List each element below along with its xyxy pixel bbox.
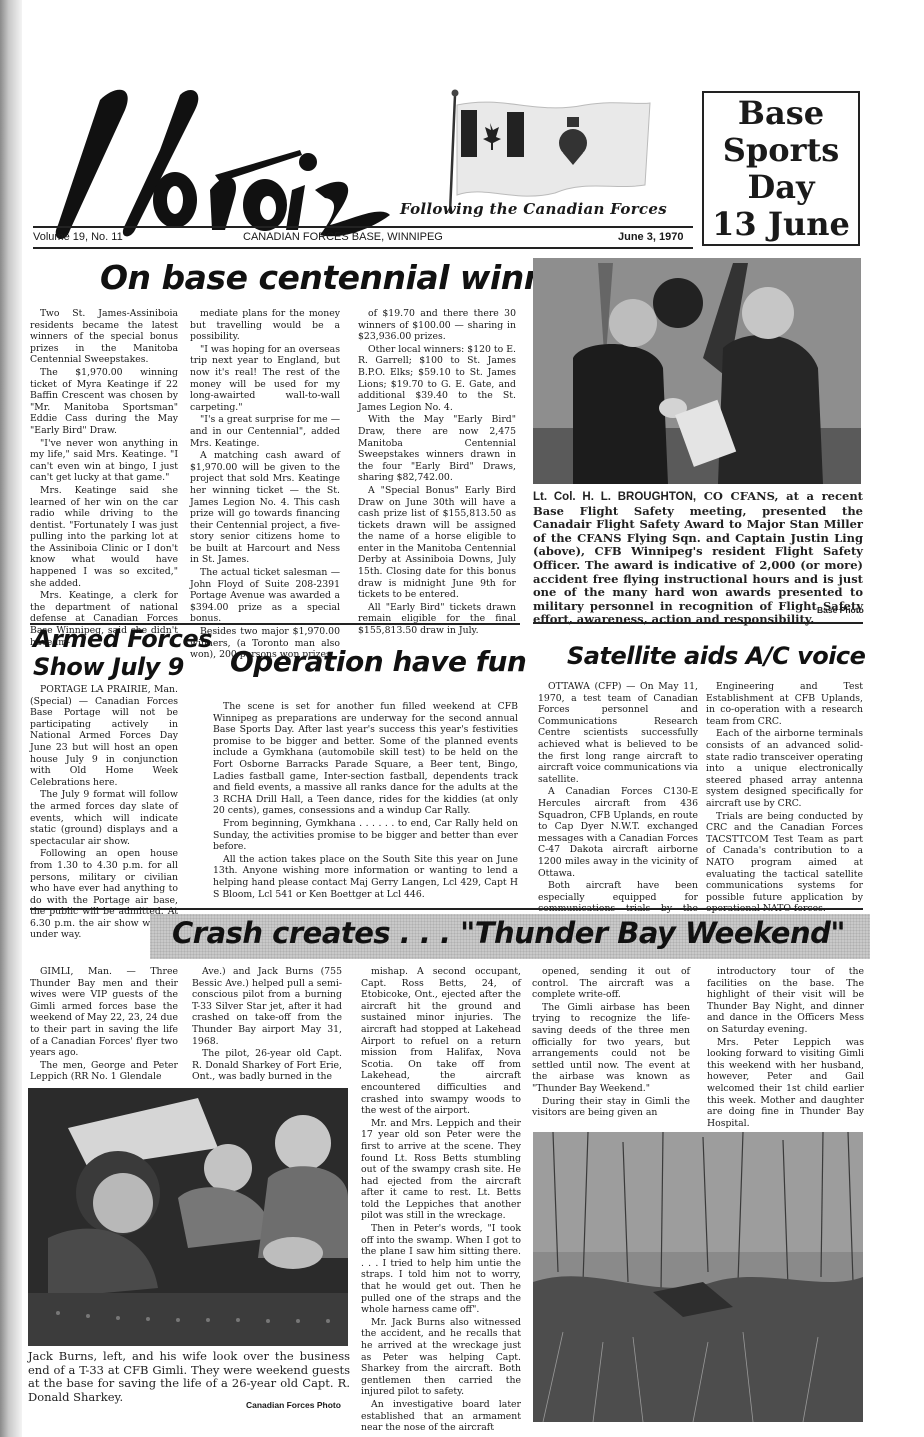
t33-cockpit-photo — [28, 1088, 348, 1346]
masthead-rule-top — [33, 226, 693, 228]
sports-box-line: Sports — [704, 132, 858, 169]
volume-number: Volume 19, No. 11 — [33, 231, 123, 243]
award-photo-caption: Lt. Col. H. L. BROUGHTON, CO CFANS, at a… — [533, 490, 863, 627]
paragraph: Trials are being conducted by CRC and th… — [706, 811, 863, 915]
paragraph: The Gimli airbase has been trying to rec… — [532, 1002, 690, 1095]
paragraph: PORTAGE LA PRAIRIE, Man. (Special) — Can… — [30, 684, 178, 788]
sports-box-line: Base — [704, 95, 858, 132]
paragraph: During their stay in Gimli the visitors … — [532, 1096, 690, 1119]
paragraph: All the action takes place on the South … — [213, 854, 518, 900]
paragraph: "I's a great surprise for me — and in ou… — [190, 414, 340, 449]
paragraph: OTTAWA (CFP) — On May 11, 1970, a test t… — [538, 681, 698, 785]
paragraph: introductory tour of the facilities on t… — [707, 966, 864, 1036]
caption-lead: Lt. Col. H. L. BROUGHTON, — [533, 491, 696, 503]
paragraph: Each of the airborne terminals consists … — [706, 728, 863, 809]
paragraph: All "Early Bird" tickets drawn remain el… — [358, 602, 516, 637]
paragraph: Ave.) and Jack Burns (755 Bessic Ave.) h… — [192, 966, 342, 1047]
centennial-col-2: mediate plans for the money but travelli… — [190, 308, 340, 661]
paragraph: A "Special Bonus" Early Bird Draw on Jun… — [358, 485, 516, 601]
operation-fun-headline: Operation have fun — [230, 645, 526, 678]
paragraph: Mrs. Keatinge said she learned of her wi… — [30, 485, 178, 589]
centennial-col-1: Two St. James-Assiniboia residents becam… — [30, 308, 178, 648]
paragraph: "I was hoping for an overseas trip next … — [190, 344, 340, 414]
paragraph: GIMLI, Man. — Three Thunder Bay men and … — [30, 966, 178, 1059]
sports-box-line: Day — [704, 169, 858, 206]
paragraph: A Canadian Forces C130-E Hercules aircra… — [538, 786, 698, 879]
headline-line: Show July 9 — [33, 653, 212, 681]
masthead-rule-bottom — [33, 247, 693, 249]
paragraph: The July 9 format will follow the armed … — [30, 789, 178, 847]
paragraph: From beginning, Gymkhana . . . . . . to … — [213, 818, 518, 853]
caption-text: CO CFANS, at a recent Base Flight Safety… — [533, 489, 863, 626]
cockpit-photo-caption: Jack Burns, left, and his wife look over… — [28, 1350, 350, 1404]
flight-safety-award-photo — [533, 258, 861, 484]
paragraph: Then in Peter's words, "I took off into … — [361, 1223, 521, 1316]
paragraph: The pilot, 26-year old Capt. R. Donald S… — [192, 1048, 342, 1083]
paragraph: Mrs. Peter Leppich was looking forward t… — [707, 1037, 864, 1130]
paragraph: mediate plans for the money but travelli… — [190, 308, 340, 343]
crash-col-2: Ave.) and Jack Burns (755 Bessic Ave.) h… — [192, 966, 342, 1083]
satellite-col-1: OTTAWA (CFP) — On May 11, 1970, a test t… — [538, 681, 698, 926]
paragraph: With the May "Early Bird" Draw, there ar… — [358, 414, 516, 484]
photo-swamp-wreckage — [533, 1132, 863, 1422]
paragraph: The $1,970.00 winning ticket of Myra Kea… — [30, 367, 178, 437]
crash-col-5: introductory tour of the facilities on t… — [707, 966, 864, 1129]
satellite-headline: Satellite aids A/C voice — [567, 642, 865, 670]
centennial-col-3: of $19.70 and there there 30 winners of … — [358, 308, 516, 637]
crash-headline: Crash creates . . . "Thunder Bay Weekend… — [172, 916, 845, 950]
paragraph: mishap. A second occupant, Capt. Ross Be… — [361, 966, 521, 1117]
paragraph: "I've never won anything in my life," sa… — [30, 438, 178, 484]
paragraph: Two St. James-Assiniboia residents becam… — [30, 308, 178, 366]
paragraph: of $19.70 and there there 30 winners of … — [358, 308, 516, 343]
sports-box-line: 13 June — [704, 206, 858, 243]
paragraph: Engineering and Test Establishment at CF… — [706, 681, 863, 727]
award-photo-credit: Base Photo — [817, 605, 864, 615]
paragraph: The actual ticket salesman — John Floyd … — [190, 567, 340, 625]
crash-col-3: mishap. A second occupant, Capt. Ross Be… — [361, 966, 521, 1434]
paragraph: The men, George and Peter Leppich (RR No… — [30, 1060, 178, 1083]
cockpit-photo-credit: Canadian Forces Photo — [246, 1400, 341, 1410]
paragraph: Mr. Jack Burns also witnessed the accide… — [361, 1317, 521, 1398]
headline-line: Armed Forces — [33, 625, 212, 653]
base-name: CANADIAN FORCES BASE, WINNIPEG — [243, 231, 443, 243]
paragraph: An investigative board later established… — [361, 1399, 521, 1434]
crash-site-photo — [533, 1132, 863, 1422]
paragraph: opened, sending it out of control. The a… — [532, 966, 690, 1001]
masthead-tagline: Following the Canadian Forces — [400, 200, 667, 218]
armed-forces-headline: Armed Forces Show July 9 — [33, 625, 212, 681]
photo-two-officers-handshake — [533, 258, 861, 484]
page-spine-shadow — [0, 0, 22, 1437]
crash-col-4: opened, sending it out of control. The a… — [532, 966, 690, 1119]
section-rule — [533, 622, 863, 624]
paragraph: The scene is set for another fun filled … — [213, 701, 518, 817]
centennial-headline: On base centennial winner — [100, 258, 584, 297]
sports-day-box: Base Sports Day 13 June — [702, 91, 860, 246]
armed-forces-body: PORTAGE LA PRAIRIE, Man. (Special) — Can… — [30, 684, 178, 941]
canadian-forces-flag — [445, 85, 655, 215]
paragraph: Mr. and Mrs. Leppich and their 17 year o… — [361, 1118, 521, 1222]
paragraph: Other local winners: $120 to E. R. Garre… — [358, 344, 516, 414]
issue-date: June 3, 1970 — [618, 231, 683, 243]
paragraph: A matching cash award of $1,970.00 will … — [190, 450, 340, 566]
satellite-col-2: Engineering and Test Establishment at CF… — [706, 681, 863, 915]
crash-col-1: GIMLI, Man. — Three Thunder Bay men and … — [30, 966, 178, 1083]
vorair-logo — [40, 80, 400, 250]
photo-burns-couple-cockpit — [28, 1088, 348, 1346]
operation-fun-body: The scene is set for another fun filled … — [213, 701, 518, 900]
section-rule — [30, 908, 863, 910]
